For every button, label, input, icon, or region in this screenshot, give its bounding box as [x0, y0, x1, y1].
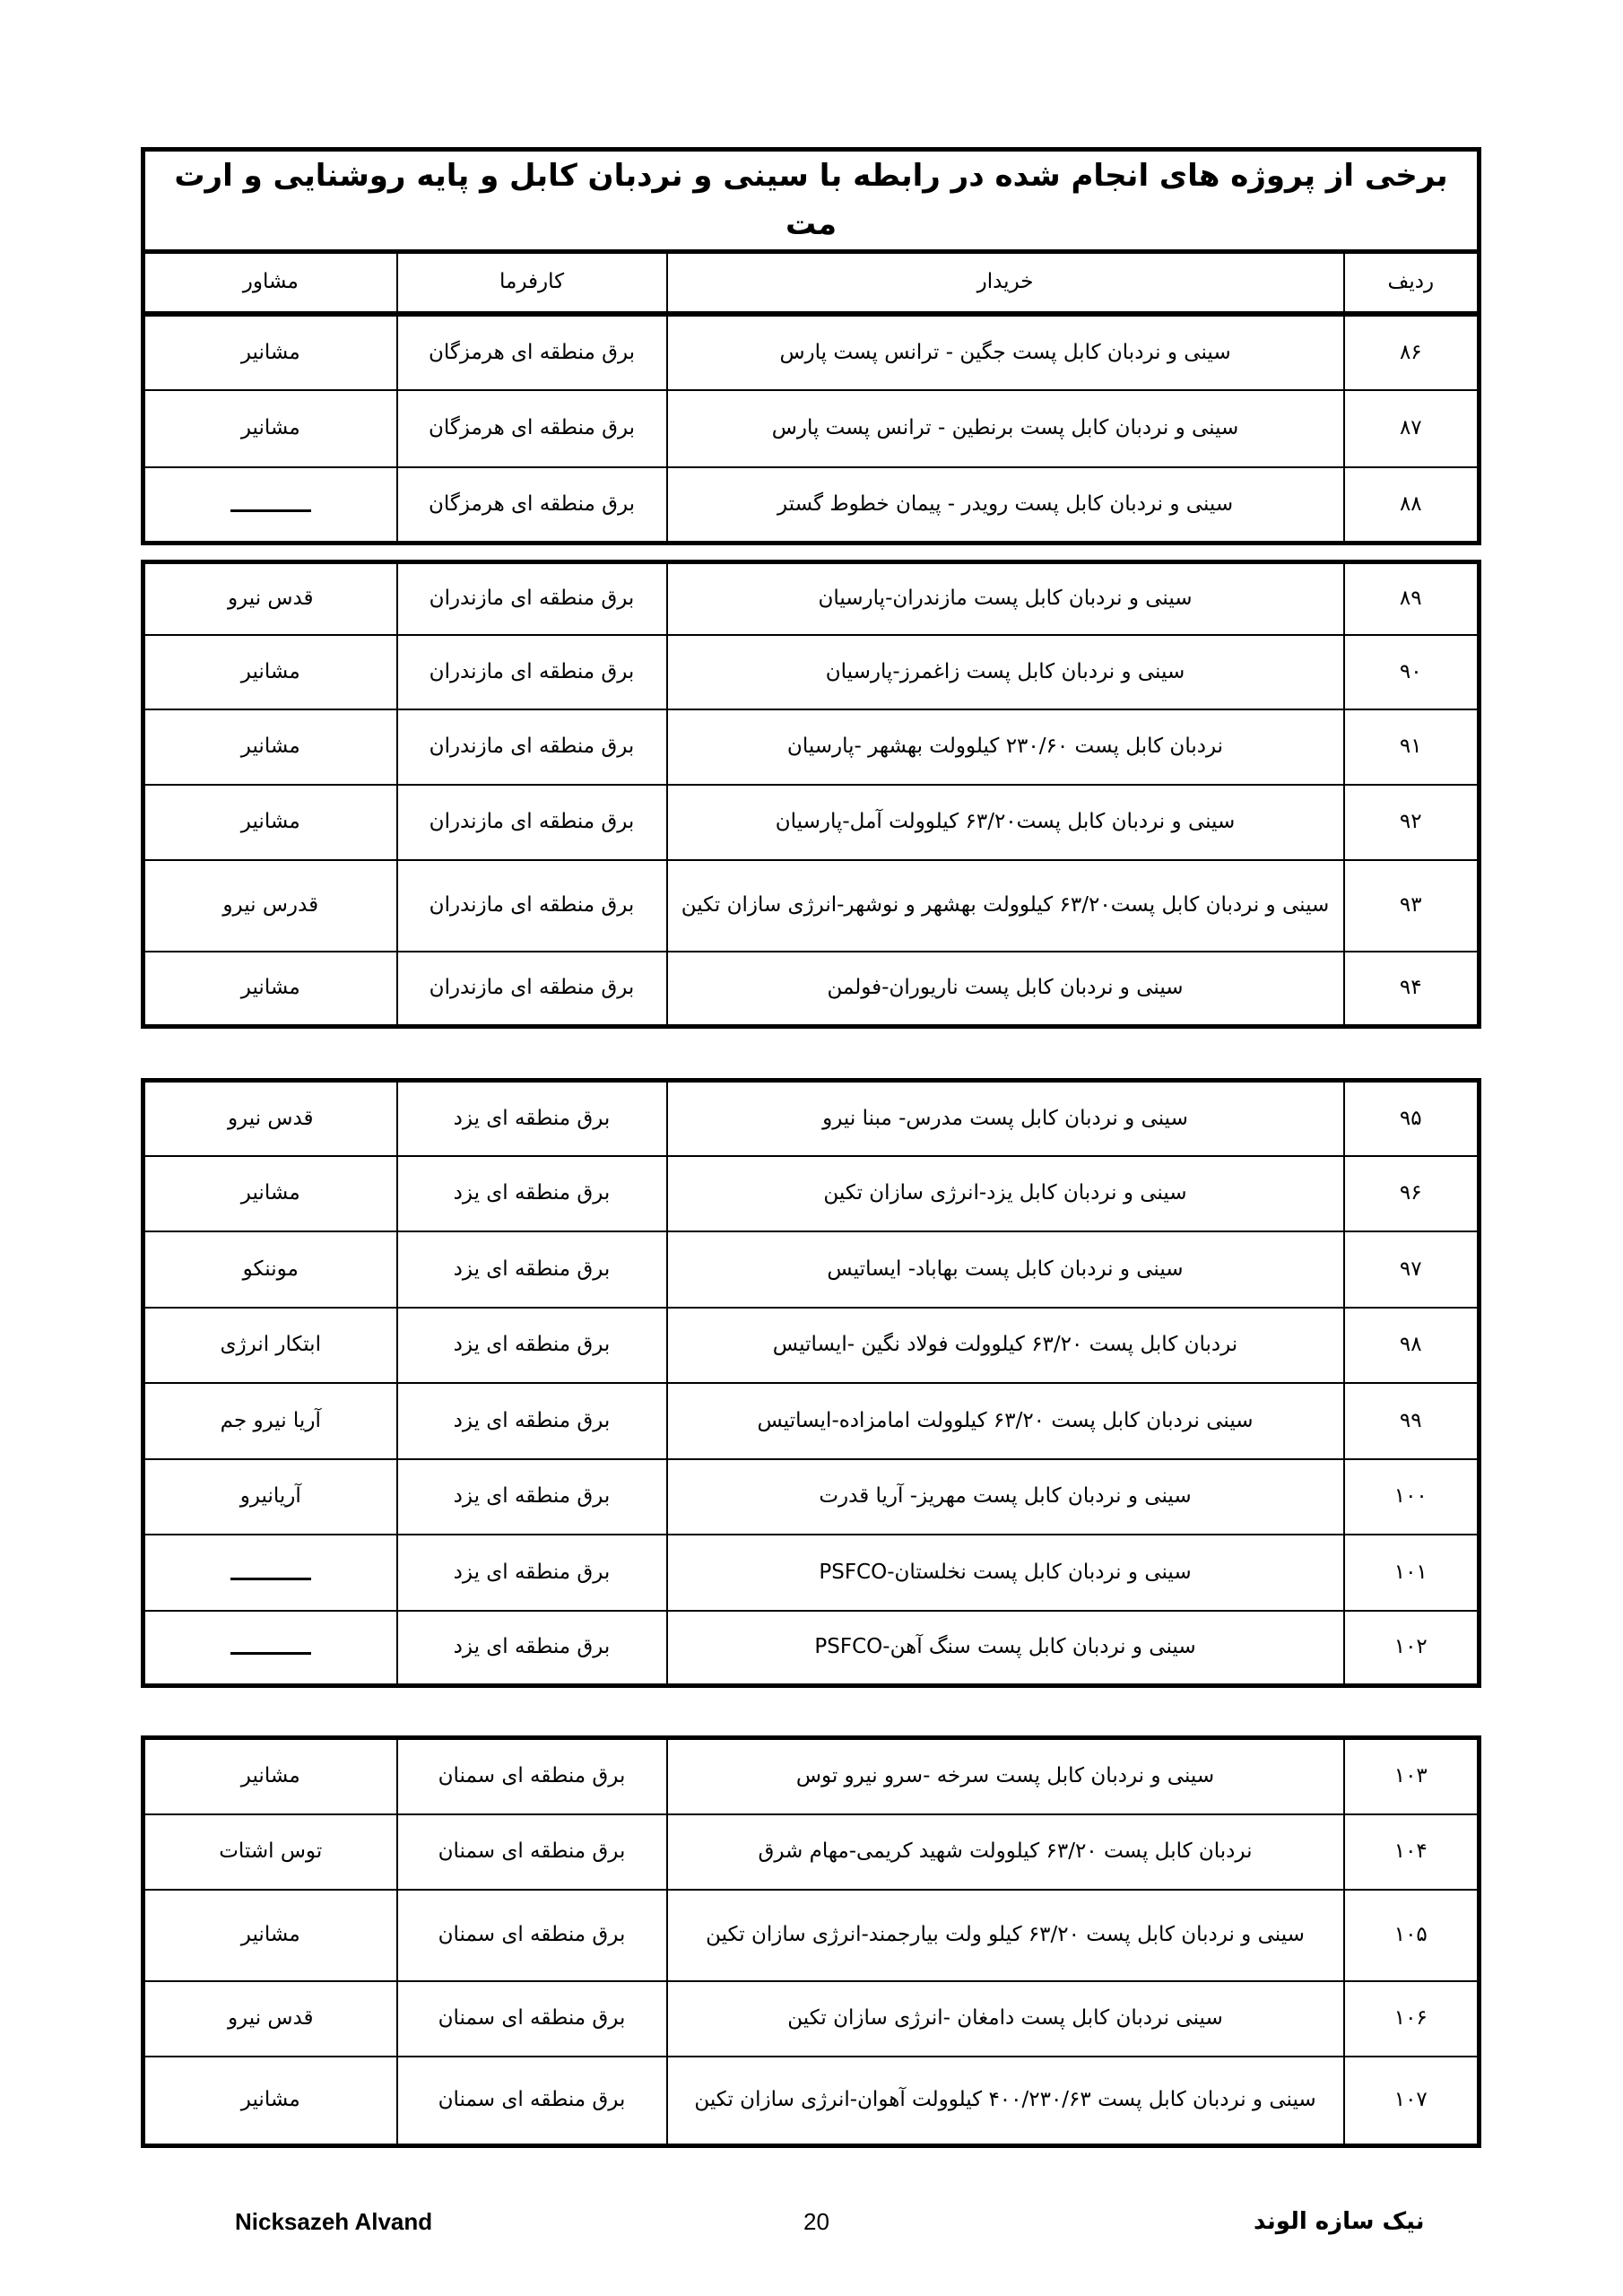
cell-kharidar: سینی و نردبان کابل پست رویدر - پیمان خطو…	[667, 467, 1344, 544]
table-row: ۹۴ سینی و نردبان کابل پست ناریوران-فولمن…	[143, 952, 1480, 1027]
header-radif: ردیف	[1344, 251, 1480, 314]
cell-kharidar: نردبان کابل پست ۲۳۰/۶۰ کیلوولت بهشهر -پا…	[667, 709, 1344, 785]
table-row: ۱۰۲ سینی و نردبان کابل پست سنگ آهن-PSFCO…	[143, 1611, 1480, 1686]
cell-radif: ۹۷	[1344, 1231, 1480, 1308]
cell-moshaver: توس اشتات	[143, 1814, 397, 1890]
cell-moshaver: مشانیر	[143, 635, 397, 709]
table-row: ۱۰۴ نردبان کابل پست ۶۳/۲۰ کیلوولت شهید ک…	[143, 1814, 1480, 1890]
cell-karfarma: برق منطقه ای هرمزگان	[397, 467, 667, 544]
cell-kharidar: سینی نردبان کابل پست ۶۳/۲۰ کیلوولت امامز…	[667, 1383, 1344, 1459]
page-number: 20	[803, 2208, 829, 2236]
cell-radif: ۱۰۴	[1344, 1814, 1480, 1890]
cell-moshaver: آریانیرو	[143, 1459, 397, 1535]
cell-moshaver: ابتکار انرژی	[143, 1308, 397, 1383]
table-row: ۹۵ سینی و نردبان کابل پست مدرس- مبنا نیر…	[143, 1081, 1480, 1156]
cell-kharidar: سینی و نردبان کابل پست بهاباد- ایساتیس	[667, 1231, 1344, 1308]
table-title: برخی از پروژه های انجام شده در رابطه با …	[143, 150, 1480, 252]
cell-karfarma: برق منطقه ای مازندران	[397, 785, 667, 860]
table-row: ۸۶ سینی و نردبان کابل پست جگین - ترانس پ…	[143, 314, 1480, 390]
cell-radif: ۸۹	[1344, 562, 1480, 635]
table-row: ۱۰۰ سینی و نردبان کابل پست مهریز- آریا ق…	[143, 1459, 1480, 1535]
empty-dash	[230, 509, 311, 512]
cell-moshaver: مشانیر	[143, 2057, 397, 2146]
table-row: ۸۸ سینی و نردبان کابل پست رویدر - پیمان …	[143, 467, 1480, 544]
cell-kharidar: سینی و نردبان کابل پست ۶۳/۲۰ کیلو ولت بی…	[667, 1890, 1344, 1981]
cell-radif: ۹۰	[1344, 635, 1480, 709]
table-row: ۸۷ سینی و نردبان کابل پست برنطین - ترانس…	[143, 390, 1480, 467]
cell-karfarma: برق منطقه ای سمنان	[397, 1981, 667, 2057]
table-row: ۹۹ سینی نردبان کابل پست ۶۳/۲۰ کیلوولت ام…	[143, 1383, 1480, 1459]
cell-karfarma: برق منطقه ای هرمزگان	[397, 390, 667, 467]
header-kharidar: خریدار	[667, 251, 1344, 314]
cell-radif: ۸۷	[1344, 390, 1480, 467]
column-header-row: ردیف خریدار کارفرما مشاور	[143, 251, 1480, 314]
cell-radif: ۹۹	[1344, 1383, 1480, 1459]
cell-kharidar: سینی و نردبان کابل پست جگین - ترانس پست …	[667, 314, 1344, 390]
table-row: ۱۰۳ سینی و نردبان کابل پست سرخه -سرو نیر…	[143, 1738, 1480, 1814]
cell-karfarma: برق منطقه ای مازندران	[397, 709, 667, 785]
cell-kharidar: سینی و نردبان کابل پست مازندران-پارسیان	[667, 562, 1344, 635]
table-row: ۹۸ نردبان کابل پست ۶۳/۲۰ کیلوولت فولاد ن…	[143, 1308, 1480, 1383]
cell-kharidar: نردبان کابل پست ۶۳/۲۰ کیلوولت شهید کریمی…	[667, 1814, 1344, 1890]
table-row: ۹۶ سینی و نردبان کابل یزد-انرژی سازان تک…	[143, 1156, 1480, 1231]
header-karfarma: کارفرما	[397, 251, 667, 314]
table-row: ۹۲ سینی و نردبان کابل پست۶۳/۲۰ کیلوولت آ…	[143, 785, 1480, 860]
cell-karfarma: برق منطقه ای یزد	[397, 1156, 667, 1231]
cell-moshaver: موننکو	[143, 1231, 397, 1308]
cell-moshaver: مشانیر	[143, 709, 397, 785]
cell-karfarma: برق منطقه ای یزد	[397, 1081, 667, 1156]
table-row: ۹۳ سینی و نردبان کابل پست۶۳/۲۰ کیلوولت ب…	[143, 860, 1480, 952]
cell-karfarma: برق منطقه ای مازندران	[397, 860, 667, 952]
cell-karfarma: برق منطقه ای سمنان	[397, 1890, 667, 1981]
cell-radif: ۱۰۵	[1344, 1890, 1480, 1981]
cell-radif: ۱۰۰	[1344, 1459, 1480, 1535]
cell-radif: ۸۸	[1344, 467, 1480, 544]
cell-radif: ۹۸	[1344, 1308, 1480, 1383]
cell-kharidar: سینی و نردبان کابل پست مدرس- مبنا نیرو	[667, 1081, 1344, 1156]
cell-karfarma: برق منطقه ای یزد	[397, 1308, 667, 1383]
empty-dash	[230, 1652, 311, 1655]
cell-karfarma: برق منطقه ای یزد	[397, 1231, 667, 1308]
table-row: ۱۰۶ سینی نردبان کابل پست دامغان -انرژی س…	[143, 1981, 1480, 2057]
table-row: ۹۱ نردبان کابل پست ۲۳۰/۶۰ کیلوولت بهشهر …	[143, 709, 1480, 785]
cell-moshaver: مشانیر	[143, 785, 397, 860]
cell-kharidar: سینی و نردبان کابل پست ۴۰۰/۲۳۰/۶۳ کیلوول…	[667, 2057, 1344, 2146]
cell-karfarma: برق منطقه ای سمنان	[397, 1814, 667, 1890]
cell-radif: ۸۶	[1344, 314, 1480, 390]
projects-table-2: ۸۹ سینی و نردبان کابل پست مازندران-پارسی…	[141, 560, 1481, 1029]
cell-moshaver	[143, 1535, 397, 1611]
cell-kharidar: نردبان کابل پست ۶۳/۲۰ کیلوولت فولاد نگین…	[667, 1308, 1344, 1383]
cell-radif: ۹۴	[1344, 952, 1480, 1027]
cell-moshaver: قدس نیرو	[143, 1981, 397, 2057]
cell-moshaver: مشانیر	[143, 390, 397, 467]
cell-karfarma: برق منطقه ای سمنان	[397, 1738, 667, 1814]
cell-karfarma: برق منطقه ای یزد	[397, 1611, 667, 1686]
cell-karfarma: برق منطقه ای هرمزگان	[397, 314, 667, 390]
cell-kharidar: سینی و نردبان کابل پست سرخه -سرو نیرو تو…	[667, 1738, 1344, 1814]
cell-moshaver: قدرس نیرو	[143, 860, 397, 952]
cell-radif: ۱۰۱	[1344, 1535, 1480, 1611]
cell-kharidar: سینی نردبان کابل پست دامغان -انرژی سازان…	[667, 1981, 1344, 2057]
cell-radif: ۱۰۲	[1344, 1611, 1480, 1686]
cell-karfarma: برق منطقه ای سمنان	[397, 2057, 667, 2146]
cell-radif: ۹۳	[1344, 860, 1480, 952]
projects-table-4: ۱۰۳ سینی و نردبان کابل پست سرخه -سرو نیر…	[141, 1735, 1481, 2148]
cell-karfarma: برق منطقه ای مازندران	[397, 635, 667, 709]
footer-company-fa: نیک سازه الوند	[1254, 2208, 1425, 2235]
cell-moshaver	[143, 1611, 397, 1686]
cell-kharidar: سینی و نردبان کابل پست۶۳/۲۰ کیلوولت آمل-…	[667, 785, 1344, 860]
table-row: ۸۹ سینی و نردبان کابل پست مازندران-پارسی…	[143, 562, 1480, 635]
cell-moshaver: مشانیر	[143, 952, 397, 1027]
cell-kharidar: سینی و نردبان کابل پست سنگ آهن-PSFCO	[667, 1611, 1344, 1686]
cell-karfarma: برق منطقه ای یزد	[397, 1459, 667, 1535]
cell-radif: ۹۶	[1344, 1156, 1480, 1231]
cell-moshaver: مشانیر	[143, 1738, 397, 1814]
cell-kharidar: سینی و نردبان کابل پست برنطین - ترانس پس…	[667, 390, 1344, 467]
table-row: ۱۰۱ سینی و نردبان کابل پست نخلستان-PSFCO…	[143, 1535, 1480, 1611]
cell-moshaver: آریا نیرو جم	[143, 1383, 397, 1459]
table-row: ۹۰ سینی و نردبان کابل پست زاغمرز-پارسیان…	[143, 635, 1480, 709]
cell-moshaver	[143, 467, 397, 544]
cell-radif: ۱۰۶	[1344, 1981, 1480, 2057]
cell-moshaver: قدس نیرو	[143, 1081, 397, 1156]
cell-kharidar: سینی و نردبان کابل پست ناریوران-فولمن	[667, 952, 1344, 1027]
table-row: ۱۰۵ سینی و نردبان کابل پست ۶۳/۲۰ کیلو ول…	[143, 1890, 1480, 1981]
cell-radif: ۹۱	[1344, 709, 1480, 785]
table-row: ۱۰۷ سینی و نردبان کابل پست ۴۰۰/۲۳۰/۶۳ کی…	[143, 2057, 1480, 2146]
cell-kharidar: سینی و نردبان کابل پست۶۳/۲۰ کیلوولت بهشه…	[667, 860, 1344, 952]
projects-table-3: ۹۵ سینی و نردبان کابل پست مدرس- مبنا نیر…	[141, 1078, 1481, 1688]
cell-moshaver: مشانیر	[143, 1890, 397, 1981]
cell-radif: ۹۲	[1344, 785, 1480, 860]
cell-radif: ۱۰۳	[1344, 1738, 1480, 1814]
footer-company-en: Nicksazeh Alvand	[235, 2208, 432, 2236]
cell-karfarma: برق منطقه ای یزد	[397, 1535, 667, 1611]
cell-radif: ۱۰۷	[1344, 2057, 1480, 2146]
cell-karfarma: برق منطقه ای مازندران	[397, 952, 667, 1027]
header-moshaver: مشاور	[143, 251, 397, 314]
cell-moshaver: مشانیر	[143, 1156, 397, 1231]
cell-karfarma: برق منطقه ای مازندران	[397, 562, 667, 635]
cell-kharidar: سینی و نردبان کابل یزد-انرژی سازان تکین	[667, 1156, 1344, 1231]
cell-kharidar: سینی و نردبان کابل پست مهریز- آریا قدرت	[667, 1459, 1344, 1535]
cell-karfarma: برق منطقه ای یزد	[397, 1383, 667, 1459]
empty-dash	[230, 1578, 311, 1580]
cell-radif: ۹۵	[1344, 1081, 1480, 1156]
cell-moshaver: مشانیر	[143, 314, 397, 390]
cell-kharidar: سینی و نردبان کابل پست زاغمرز-پارسیان	[667, 635, 1344, 709]
projects-table-1: برخی از پروژه های انجام شده در رابطه با …	[141, 147, 1481, 545]
cell-kharidar: سینی و نردبان کابل پست نخلستان-PSFCO	[667, 1535, 1344, 1611]
table-row: ۹۷ سینی و نردبان کابل پست بهاباد- ایساتی…	[143, 1231, 1480, 1308]
cell-moshaver: قدس نیرو	[143, 562, 397, 635]
